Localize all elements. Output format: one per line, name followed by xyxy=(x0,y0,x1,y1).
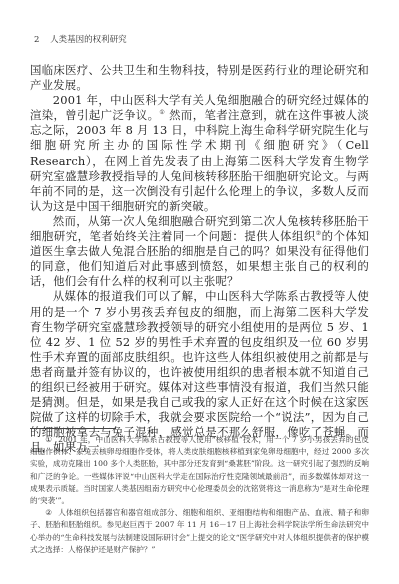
page-number: 2 xyxy=(34,35,39,45)
paragraph-text: 然而，从第一次人兔细胞融合研究到第二次人兔核转移胚胎干细胞研究，笔者始终关注着同… xyxy=(30,214,369,243)
footnote-mark: ① xyxy=(45,435,52,444)
paragraph-4: 从媒体的报道我们可以了解，中山医科大学陈系古教授等人使用的是一个 7 岁小男孩丢… xyxy=(30,289,369,455)
paragraph-text: 从媒体的报道我们可以了解，中山医科大学陈系古教授等人使用的是一个 7 岁小男孩丢… xyxy=(30,289,369,454)
footnote-text: 2001 年，中山医科大学陈系古教授等人使用“核移植”技术，用一个 7 岁小男孩… xyxy=(30,435,369,505)
paragraph-text: 国临床医疗、公共卫生和生物科技，特别是医药行业的理论研究和产业发展。 xyxy=(30,63,369,92)
paragraph-text: 然而，笔者注意到，就在这件事被人淡忘之际，2003 年 8 月 13 日，中科院… xyxy=(30,108,369,213)
footnote-2: ②人体组织包括器官和器官组成部分、细胞和组织、亚细胞结构和细胞产品、血液、精子和… xyxy=(30,507,369,556)
footnote-separator xyxy=(30,428,116,429)
footnote-mark: ② xyxy=(45,508,52,517)
footnote-text: 人体组织包括器官和器官组成部分、细胞和组织、亚细胞结构和细胞产品、血液、精子和卵… xyxy=(30,508,369,554)
running-header: 2 人类基因的权利研究 xyxy=(34,33,127,45)
footnotes: ①2001 年，中山医科大学陈系古教授等人使用“核移植”技术，用一个 7 岁小男… xyxy=(30,434,369,556)
paragraph-3: 然而，从第一次人兔细胞融合研究到第二次人兔核转移胚胎干细胞研究，笔者始终关注着同… xyxy=(30,214,369,289)
running-title: 人类基因的权利研究 xyxy=(50,35,127,45)
footnote-1: ①2001 年，中山医科大学陈系古教授等人使用“核移植”技术，用一个 7 岁小男… xyxy=(30,434,369,507)
paragraph-2: 2001 年，中山医科大学有关人兔细胞融合的研究经过媒体的渲染，曾引起广泛争议。… xyxy=(30,93,369,214)
body-text: 国临床医疗、公共卫生和生物科技，特别是医药行业的理论研究和产业发展。 2001 … xyxy=(30,63,369,455)
paragraph-1: 国临床医疗、公共卫生和生物科技，特别是医药行业的理论研究和产业发展。 xyxy=(30,63,369,93)
